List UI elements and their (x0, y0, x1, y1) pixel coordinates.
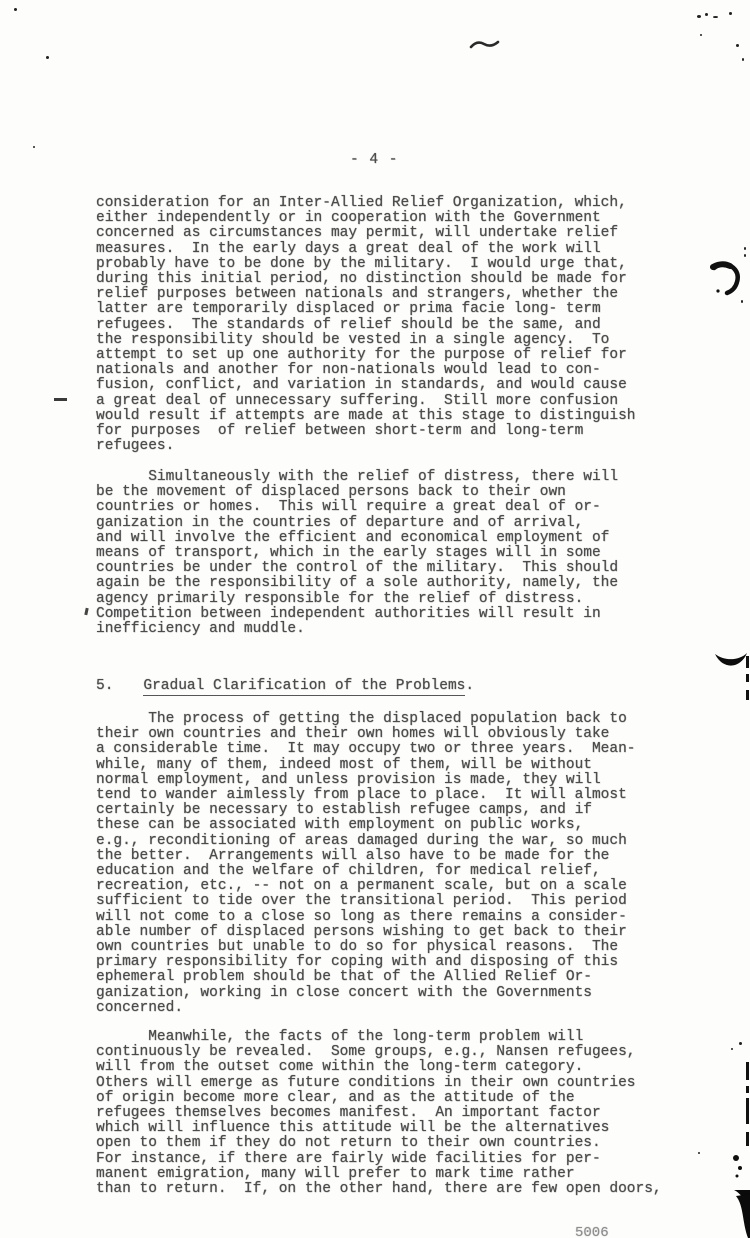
scanned-document-page: - 4 - consideration for an Inter-Allied … (0, 0, 750, 1238)
stray-tick-mark (84, 608, 88, 615)
scan-speck (33, 146, 35, 148)
scan-edge-line-segment (746, 1132, 749, 1146)
scan-speck (697, 15, 701, 18)
section-number: 5. (96, 678, 113, 694)
scan-edge-line-segment (746, 690, 749, 700)
margin-dash-mark (54, 398, 67, 401)
scan-speck (698, 1152, 700, 1154)
footer-serial-mark: 5006 (575, 1225, 609, 1238)
scan-speck (744, 247, 746, 250)
scan-speck (705, 13, 708, 16)
ink-crescent-right-upper (710, 258, 746, 298)
page-number: - 4 - (350, 152, 399, 168)
ink-blot-right-middle (714, 650, 748, 672)
scan-edge-line-segment (746, 1086, 749, 1093)
scan-edge-line-segment (746, 1098, 749, 1124)
section-title-period: . (465, 678, 474, 694)
scan-edge-line-segment (746, 1062, 749, 1080)
scan-smudge-top-center (468, 36, 502, 54)
scan-speck (46, 56, 49, 59)
body-paragraph-4: Meanwhile, the facts of the long-term pr… (96, 1030, 662, 1197)
body-paragraph-3: The process of getting the displaced pop… (96, 712, 636, 1016)
section-heading: 5.Gradual Clarification of the Problems. (96, 679, 474, 694)
scan-speck (700, 34, 702, 36)
scan-speck (729, 12, 732, 15)
ink-blot-bottom-right-corner (722, 1150, 750, 1238)
scan-speck (713, 16, 718, 18)
scan-edge-line-segment (746, 656, 749, 668)
body-paragraph-2: Simultaneously with the relief of distre… (96, 470, 618, 637)
scan-speck (736, 44, 739, 47)
scan-speck (744, 254, 746, 257)
body-paragraph-1: consideration for an Inter-Allied Relief… (96, 196, 636, 454)
scan-speck (739, 1042, 742, 1045)
section-title: Gradual Clarification of the Problems (143, 678, 465, 696)
scan-edge-line-segment (746, 674, 749, 682)
scan-speck (741, 300, 743, 303)
scan-speck (14, 8, 17, 11)
scan-speck (731, 1048, 733, 1050)
scan-speck (742, 58, 744, 61)
